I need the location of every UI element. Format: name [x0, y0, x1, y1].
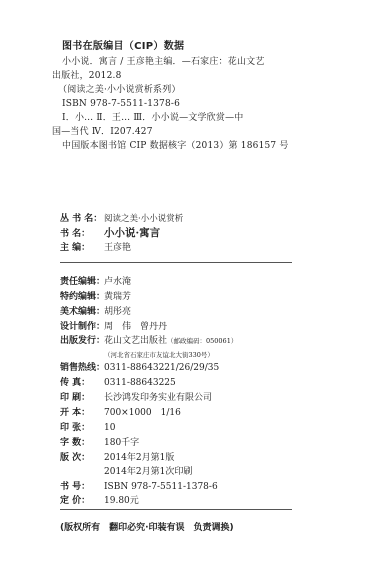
spec-value: 0311-88643225 — [104, 378, 176, 388]
spec-value: 700×1000 1/16 — [104, 408, 181, 418]
editor-label: 主 编： — [60, 242, 104, 254]
copyright-notice: (版权所有 翻印必究·印装有误 负责调换) — [60, 520, 234, 533]
credit-row: 销售热线：0311-88643221/26/29/35 — [60, 362, 219, 374]
credit-label: 美术编辑： — [60, 306, 104, 318]
credit-value: 周 伟 曾丹丹 — [104, 322, 167, 332]
title-row: 书 名：小小说·寓言 — [60, 227, 160, 240]
spec-label: 传 真： — [60, 377, 104, 389]
series-value: 阅读之美·小小说赏析 — [104, 214, 183, 224]
spec-row: 传 真：0311-88643225 — [60, 377, 176, 389]
series-label: 丛 书 名： — [60, 213, 104, 225]
spec-label: 开 本： — [60, 407, 104, 419]
cip-line-6: 国—当代 Ⅳ．I207.427 — [52, 125, 153, 139]
spec-label: 字 数： — [60, 437, 104, 449]
editor-row: 主 编：王彦艳 — [60, 242, 131, 254]
spec-label: 版 次： — [60, 452, 104, 464]
spec-value: 2014年2月第1次印刷 — [104, 467, 192, 477]
spec-value: 10 — [104, 423, 115, 433]
credit-row: 美术编辑：胡彤亮 — [60, 306, 131, 318]
postal-code: （邮政编码：050061） — [167, 337, 237, 345]
divider-bottom — [60, 509, 292, 510]
credit-value: 黄瑞芳 — [104, 292, 131, 302]
series-row: 丛 书 名：阅读之美·小小说赏析 — [60, 213, 183, 225]
cip-line-1: 小小说．寓言 / 王彦艳主编．—石家庄：花山文艺 — [62, 55, 265, 69]
editor-value: 王彦艳 — [104, 243, 131, 253]
spec-row: 定 价：19.80元 — [60, 495, 139, 507]
credit-value: 花山文艺出版社 — [104, 336, 167, 346]
spec-label: 书 号： — [60, 481, 104, 493]
spec-row: 字 数：180千字 — [60, 437, 139, 449]
spec-label: 印 张： — [60, 422, 104, 434]
spec-value: ISBN 978-7-5511-1378-6 — [104, 482, 218, 492]
credit-label: 出版发行： — [60, 335, 104, 347]
credit-row: 设计制作：周 伟 曾丹丹 — [60, 321, 167, 333]
spec-value: 19.80元 — [104, 496, 139, 506]
cip-line-5: Ⅰ．小… Ⅱ．王… Ⅲ．小小说—文学欣赏—中 — [62, 111, 243, 125]
cip-line-7: 中国版本图书馆 CIP 数据核字（2013）第 186157 号 — [62, 139, 289, 153]
address-row: （河北省石家庄市友谊北大街330号） — [104, 349, 214, 361]
credit-row: 出版发行：花山文艺出版社（邮政编码：050061） — [60, 335, 237, 347]
spec-row: 版 次：2014年2月第1版 — [60, 452, 174, 464]
credit-value: 0311-88643221/26/29/35 — [104, 363, 219, 373]
spec-label: 定 价： — [60, 495, 104, 507]
cip-line-4: ISBN 978-7-5511-1378-6 — [62, 97, 180, 111]
cip-line-3: （阅读之美·小小说赏析系列） — [58, 83, 181, 97]
spec-value: 长沙鸿发印务实业有限公司 — [104, 393, 212, 403]
divider-top — [60, 262, 292, 263]
credit-value: 胡彤亮 — [104, 307, 131, 317]
credit-label: 责任编辑： — [60, 276, 104, 288]
credit-label: 销售热线： — [60, 362, 104, 374]
spec-value: 2014年2月第1版 — [104, 453, 174, 463]
title-label: 书 名： — [60, 228, 104, 240]
spec-row: 印 张：10 — [60, 422, 115, 434]
credit-label: 设计制作： — [60, 321, 104, 333]
spec-row: 2014年2月第1次印刷 — [60, 466, 192, 478]
spec-value: 180千字 — [104, 438, 139, 448]
spec-row: 印 刷：长沙鸿发印务实业有限公司 — [60, 392, 212, 404]
cip-line-2: 出版社，2012.8 — [52, 69, 122, 83]
cip-title: 图书在版编目（CIP）数据 — [62, 37, 184, 52]
spec-row: 开 本：700×1000 1/16 — [60, 407, 181, 419]
credit-row: 责任编辑：卢水淹 — [60, 276, 131, 288]
credit-value: 卢水淹 — [104, 277, 131, 287]
spec-row: 书 号：ISBN 978-7-5511-1378-6 — [60, 481, 218, 493]
spec-label: 印 刷： — [60, 392, 104, 404]
credit-row: 特约编辑：黄瑞芳 — [60, 291, 131, 303]
address: （河北省石家庄市友谊北大街330号） — [104, 351, 214, 359]
credit-label: 特约编辑： — [60, 291, 104, 303]
book-title: 小小说·寓言 — [104, 227, 160, 239]
